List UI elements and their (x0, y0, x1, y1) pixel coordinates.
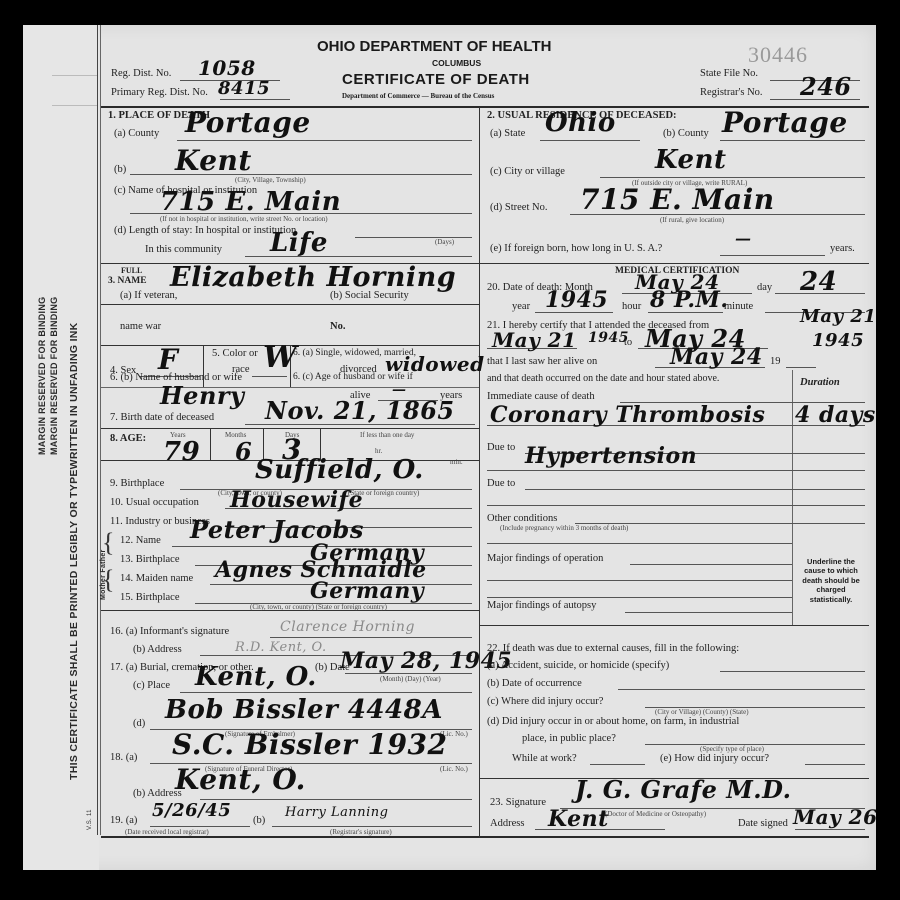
death-hour-label: hour (622, 301, 641, 312)
registrar-no-label: Registrar's No. (700, 87, 763, 98)
burial-date-hint: (Month) (Day) (Year) (380, 675, 441, 683)
stay-label: (d) Length of stay: In hospital or insti… (114, 225, 296, 236)
registrar-sig-label: (b) (253, 815, 265, 826)
death-day-label: day (757, 282, 772, 293)
death-city-hint: (City, Village, Township) (235, 176, 306, 184)
res-state-label: (a) State (490, 128, 525, 139)
name-label: 3. NAME (108, 276, 147, 286)
death-county-label: (a) County (114, 128, 159, 139)
director-lic-hint: (Lic. No.) (440, 765, 468, 773)
operation-findings-label: Major findings of operation (487, 553, 603, 564)
less-than-day-label: If less than one day (360, 431, 414, 439)
death-city-value: Kent (175, 144, 252, 177)
father-name-label: 12. Name (120, 535, 161, 546)
form-code: V.S. 11 (87, 809, 93, 830)
underline-note: Underline the cause to which death shoul… (797, 557, 865, 604)
informant-value: Clarence Horning (280, 619, 415, 635)
age-months-value: 6 (235, 437, 252, 466)
foreign-unit: years. (830, 243, 855, 254)
physician-address-label: Address (490, 818, 524, 829)
community-label: In this community (145, 244, 222, 255)
injury-public-hint: (Specify type of place) (700, 745, 764, 753)
occupation-value: Housewife (230, 487, 363, 513)
attended-to-year: 1945 (812, 330, 864, 351)
margin-reserved-2: MARGIN RESERVED FOR BINDING (49, 297, 59, 455)
stamp-number: 30446 (748, 42, 808, 68)
death-city-label: (b) (114, 164, 126, 175)
attended-from-date: May 21 (492, 328, 577, 352)
attended-from-year: 1945 (588, 330, 629, 346)
column-divider (479, 107, 480, 838)
other-conditions-hint: (Include pregnancy within 3 months of de… (500, 524, 628, 532)
age-years-value: 79 (163, 437, 200, 467)
registrar-sig-hint: (Registrar's signature) (330, 828, 392, 836)
burial-place-value: Kent, O. (195, 662, 317, 692)
res-street-hint: (If rural, give location) (660, 216, 724, 224)
mother-name-label: 14. Maiden name (120, 573, 193, 584)
res-city-label: (c) City or village (490, 166, 565, 177)
death-year-label: year (512, 301, 530, 312)
burial-place-label: (c) Place (133, 680, 170, 691)
director-value: S.C. Bissler 1932 (172, 728, 447, 761)
informant-address-label: (b) Address (133, 644, 182, 655)
physician-address-value: Kent (548, 806, 609, 832)
death-day-value: 24 (800, 267, 837, 297)
occupation-label: 10. Usual occupation (110, 497, 199, 508)
war-label: name war (120, 321, 161, 332)
occurred-label: and that death occurred on the date and … (487, 373, 719, 384)
date-signed-value: May 26 (793, 805, 878, 829)
name-label-full: FULL (121, 266, 142, 275)
hospital-hint: (If not in hospital or institution, writ… (160, 215, 328, 223)
reg-dist-value: 1058 (198, 56, 256, 80)
death-minute-label: minute (724, 301, 753, 312)
husband-value: Henry (160, 381, 244, 410)
occurrence-label: (b) Date of occurrence (487, 678, 582, 689)
father-birthplace-label: 13. Birthplace (120, 554, 179, 565)
death-hour-value: 8 P.M. (650, 287, 729, 313)
due-to-1-label: Due to (487, 442, 515, 453)
birthplace-label: 9. Birthplace (110, 478, 164, 489)
ink-instruction: THIS CERTIFICATE SHALL BE PRINTED LEGIBL… (68, 322, 80, 780)
last-saw-year-prefix: 19 (770, 356, 781, 367)
immediate-cause-label: Immediate cause of death (487, 391, 595, 402)
physician-signature-hint: (Doctor of Medicine or Osteopathy) (605, 810, 706, 818)
director-address-value: Kent, O. (175, 763, 306, 796)
stay-unit: (Days) (435, 238, 454, 246)
hr-label: hr. (375, 447, 382, 455)
community-value: Life (270, 228, 328, 258)
res-state-value: Ohio (545, 108, 616, 138)
parent-side-label: Mother Father (100, 549, 107, 600)
mother-birthplace-label: 15. Birthplace (120, 592, 179, 603)
margin-tick (52, 75, 97, 76)
death-year-value: 1945 (545, 287, 608, 313)
other-conditions-label: Other conditions (487, 513, 557, 524)
min-label: min. (450, 458, 463, 466)
autopsy-findings-label: Major findings of autopsy (487, 600, 596, 611)
deceased-name: Elizabeth Horning (170, 262, 456, 293)
registrar-date-hint: (Date received local registrar) (125, 828, 209, 836)
foreign-value: — (735, 229, 752, 248)
reg-dist-label: Reg. Dist. No. (111, 68, 171, 79)
city-title: COLUMBUS (432, 58, 481, 68)
res-street-value: 715 E. Main (580, 183, 775, 216)
res-street-label: (d) Street No. (490, 202, 547, 213)
ssn-label: (b) Social Security (330, 290, 409, 301)
due-to-1-value: Hypertension (525, 443, 697, 469)
where-injury-label: (c) Where did injury occur? (487, 696, 603, 707)
injury-home-label: (d) Did injury occur in or about home, o… (487, 716, 739, 727)
spouse-age-label: 6. (c) Age of husband or wife if (293, 372, 413, 382)
duration-label: Duration (800, 377, 840, 388)
color-label: 5. Color or (212, 348, 258, 359)
birth-date-value: Nov. 21, 1865 (265, 396, 455, 425)
at-work-label: While at work? (512, 753, 577, 764)
registrar-date-label: 19. (a) (110, 815, 137, 826)
certificate-title: CERTIFICATE OF DEATH (342, 71, 530, 88)
immediate-cause-value: Coronary Thrombosis (490, 402, 765, 428)
ssn-no-label: No. (330, 321, 345, 332)
res-city-value: Kent (655, 145, 726, 175)
how-injury-label: (e) How did injury occur? (660, 753, 769, 764)
state-file-label: State File No. (700, 68, 758, 79)
due-to-2-label: Due to (487, 478, 515, 489)
director-label: 18. (a) (110, 752, 137, 763)
binding-margin (23, 25, 99, 870)
where-injury-hint: (City or Village) (County) (State) (655, 708, 749, 716)
physician-signature-value: J. G. Grafe M.D. (575, 775, 791, 804)
registrar-sig-value: Harry Lanning (285, 805, 388, 820)
last-saw-value: May 24 (670, 344, 763, 370)
margin-reserved-1: MARGIN RESERVED FOR BINDING (37, 297, 47, 455)
death-county-value: Portage (185, 106, 311, 139)
primary-reg-dist-value: 8415 (218, 78, 270, 99)
informant-label: 16. (a) Informant's signature (110, 626, 229, 637)
immediate-cause-duration: 4 days (795, 402, 876, 428)
foreign-label: (e) If foreign born, how long in U. S. A… (490, 243, 662, 254)
last-saw-label: that I last saw her alive on (487, 356, 597, 367)
attended-to-label: to (624, 337, 632, 348)
primary-reg-dist-label: Primary Reg. Dist. No. (111, 87, 208, 98)
birth-date-label: 7. Birth date of deceased (110, 412, 214, 423)
attended-from-value: May 21 (800, 306, 876, 327)
department-title: OHIO DEPARTMENT OF HEALTH (317, 38, 551, 55)
res-county-value: Portage (722, 106, 848, 139)
birthplace-value: Suffield, O. (255, 455, 424, 485)
embalmer-label: (d) (133, 718, 145, 729)
age-label: 8. AGE: (110, 433, 146, 444)
accident-label: (a) Accident, suicide, or homicide (spec… (487, 660, 669, 671)
external-causes-label: 22. If death was due to external causes,… (487, 643, 739, 654)
parent-hint: (City, town, or county) (State or foreig… (250, 603, 387, 611)
mother-birthplace-value: Germany (310, 578, 424, 604)
margin-tick (52, 105, 97, 106)
date-signed-label: Date signed (738, 818, 788, 829)
physician-signature-label: 23. Signature (490, 797, 546, 808)
registrar-no-value: 246 (800, 72, 852, 101)
embalmer-value: Bob Bissler 4448A (165, 695, 443, 725)
veteran-label: (a) If veteran, (120, 290, 177, 301)
hospital-value: 715 E. Main (160, 187, 341, 217)
registrar-date-value: 5/26/45 (152, 800, 231, 821)
certificate-subtitle: Department of Commerce — Bureau of the C… (342, 92, 494, 100)
res-county-label: (b) County (663, 128, 709, 139)
injury-public-label: place, in public place? (522, 733, 616, 744)
informant-address-value: R.D. Kent, O. (235, 640, 327, 655)
